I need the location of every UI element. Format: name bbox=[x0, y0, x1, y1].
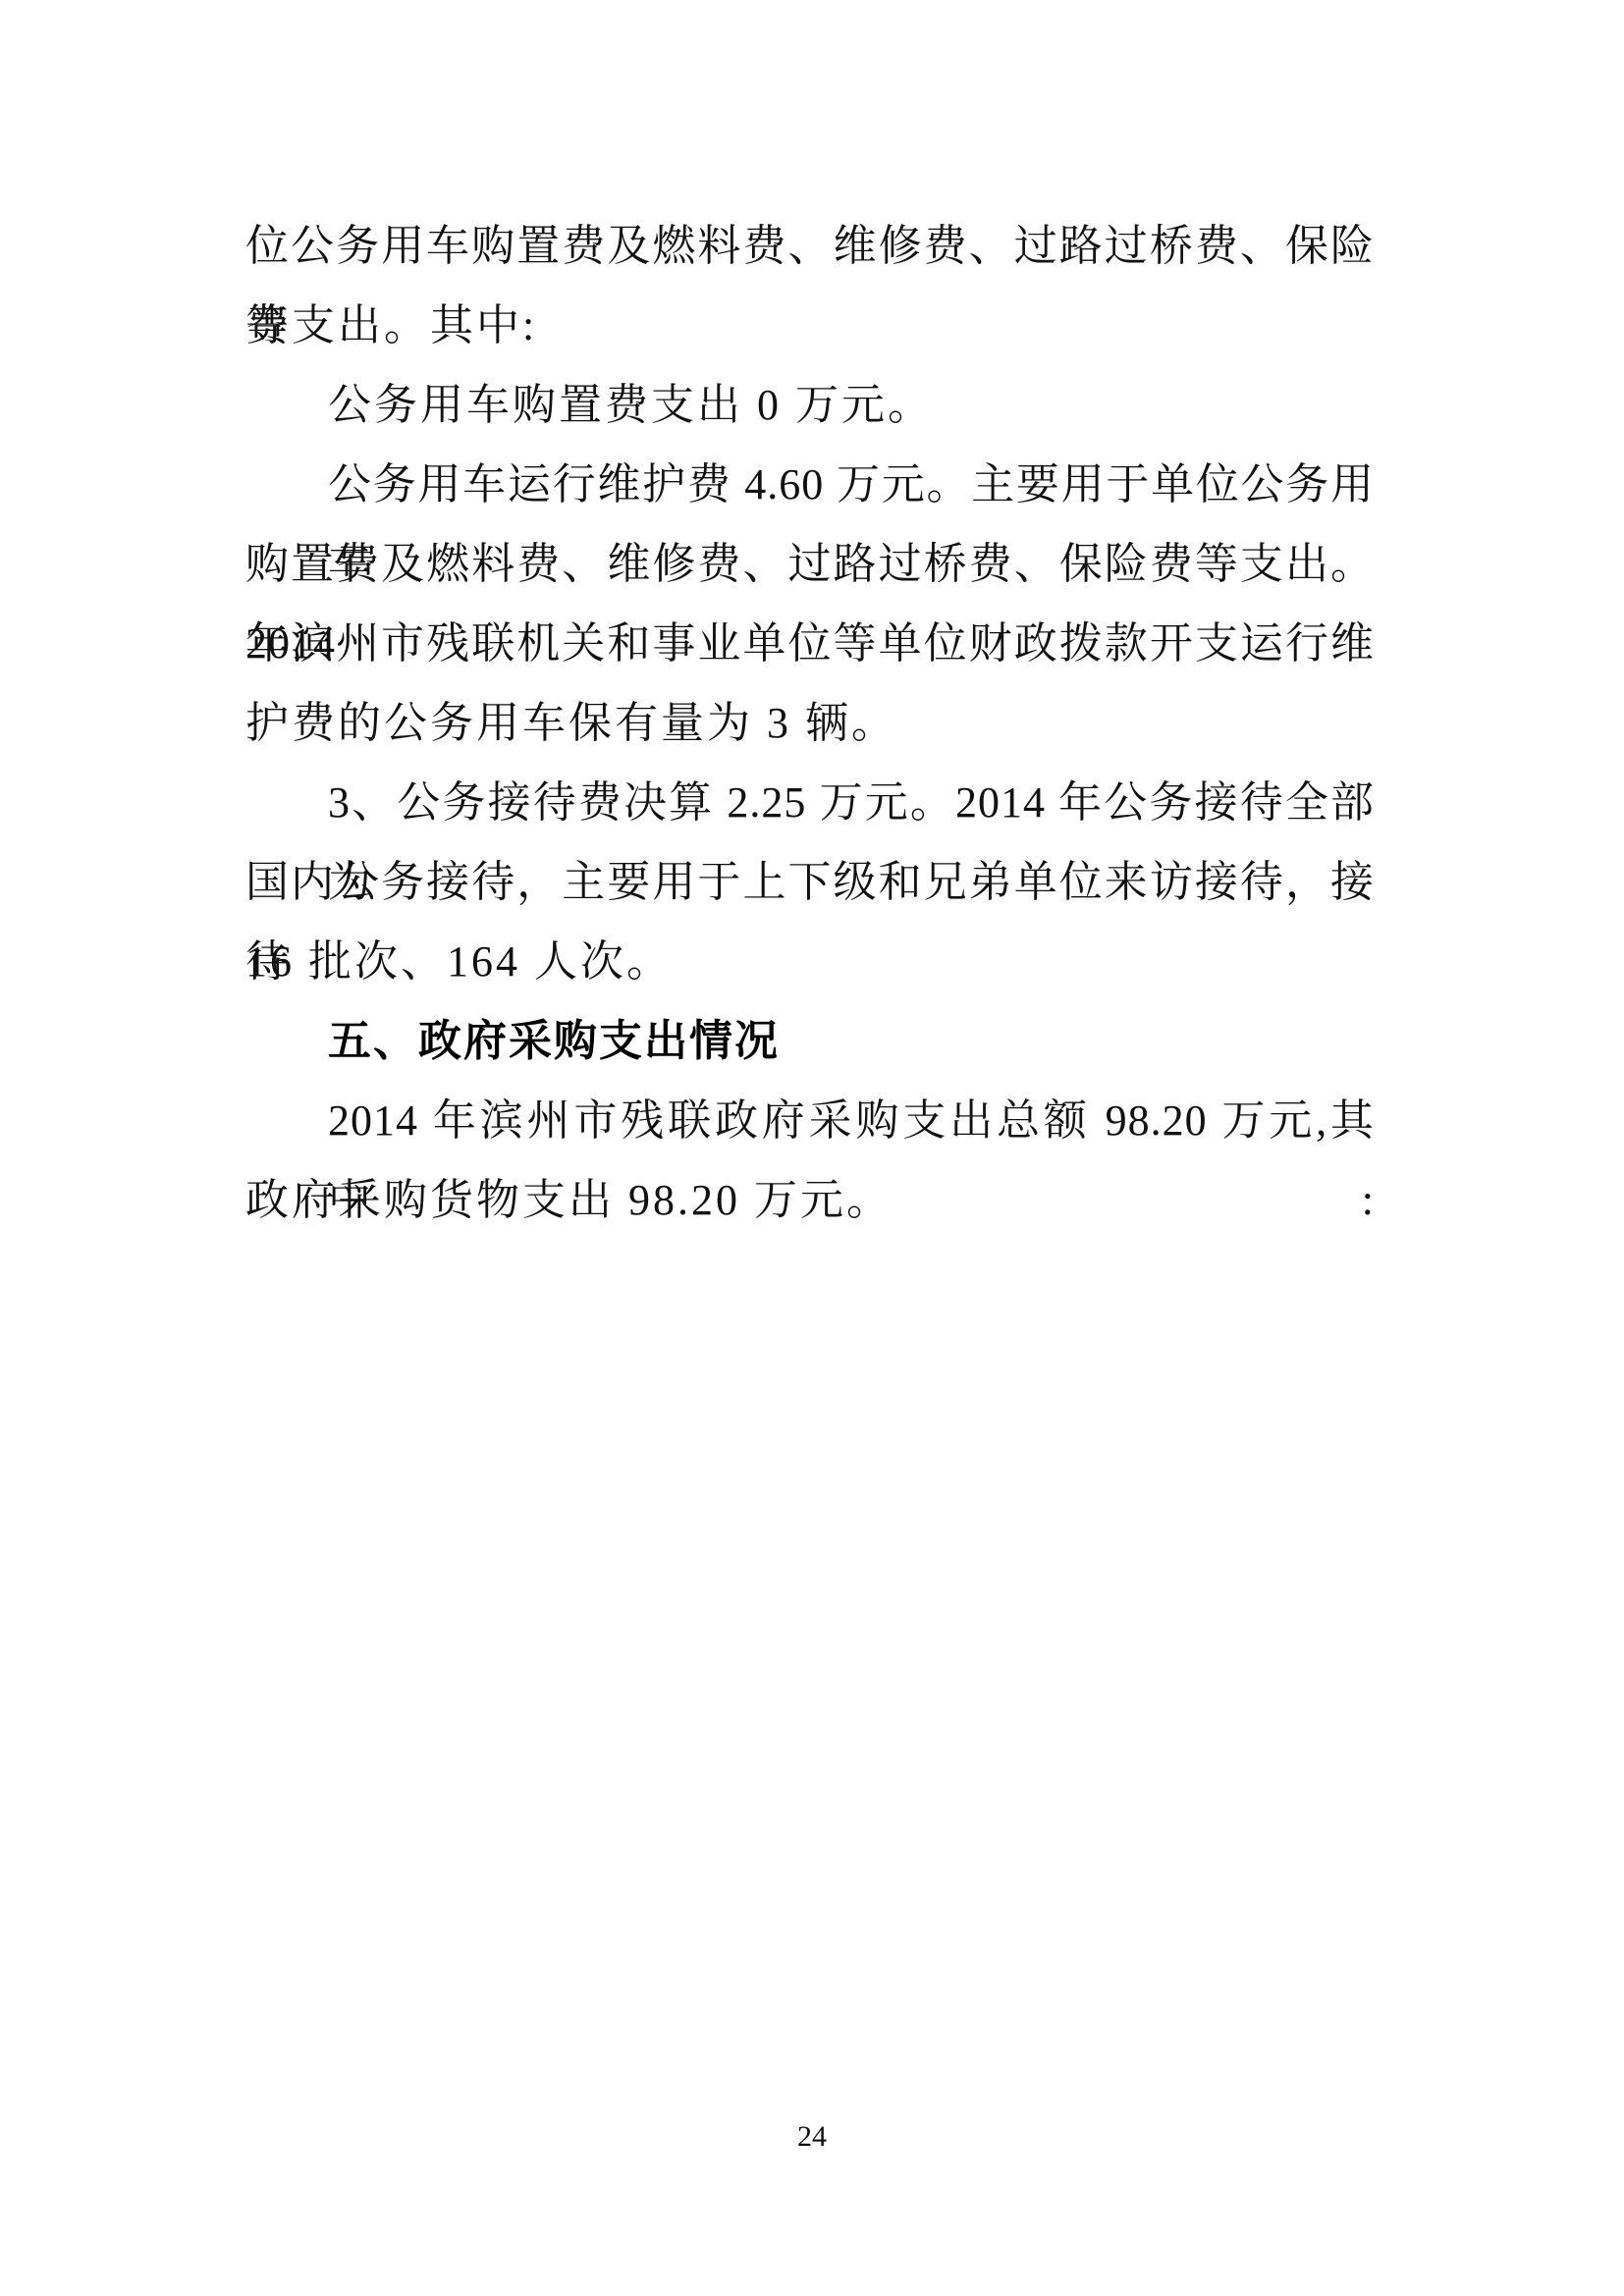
paragraph-line: 公务用车运行维护费 4.60 万元。主要用于单位公务用车 bbox=[245, 445, 1375, 524]
page-number: 24 bbox=[0, 2120, 1624, 2154]
paragraph-line: 3、公务接待费决算 2.25 万元。2014 年公务接待全部为 bbox=[245, 763, 1375, 842]
paragraph-line: 16 批次、164 人次。 bbox=[245, 922, 1375, 1001]
paragraph-line: 护费的公务用车保有量为 3 辆。 bbox=[245, 683, 1375, 763]
paragraph-line: 位公务用车购置费及燃料费、维修费、过路过桥费、保险费 bbox=[245, 206, 1375, 286]
document-page: 位公务用车购置费及燃料费、维修费、过路过桥费、保险费 等支出。其中: 公务用车购… bbox=[0, 0, 1624, 2296]
paragraph-line: 等支出。其中: bbox=[245, 286, 1375, 365]
paragraph-line: 购置费及燃料费、维修费、过路过桥费、保险费等支出。2014 bbox=[245, 524, 1375, 604]
section-heading: 五、政府采购支出情况 bbox=[245, 1001, 1375, 1081]
paragraph-line: 年滨州市残联机关和事业单位等单位财政拨款开支运行维 bbox=[245, 604, 1375, 683]
document-body: 位公务用车购置费及燃料费、维修费、过路过桥费、保险费 等支出。其中: 公务用车购… bbox=[245, 206, 1375, 1240]
paragraph-line: 2014 年滨州市残联政府采购支出总额 98.20 万元,其中: bbox=[245, 1081, 1375, 1160]
paragraph-line: 国内公务接待，主要用于上下级和兄弟单位来访接待，接待 bbox=[245, 842, 1375, 922]
paragraph-line: 公务用车购置费支出 0 万元。 bbox=[245, 365, 1375, 445]
